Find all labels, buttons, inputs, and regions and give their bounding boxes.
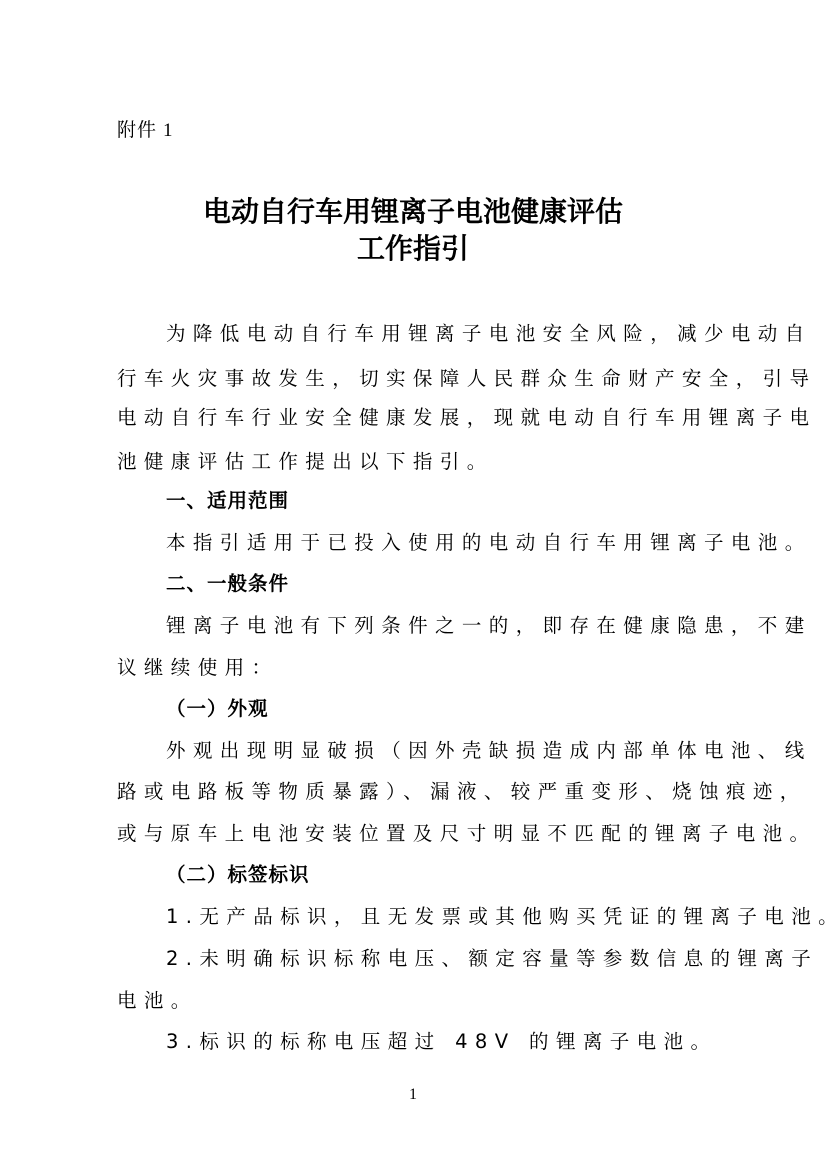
intro-paragraph-line: 为降低电动自行车用锂离子电池安全风险，减少电动自 xyxy=(166,322,758,346)
section-heading-general: 二、一般条件 xyxy=(166,572,758,596)
appearance-paragraph-line: 外观出现明显破损（因外壳缺损造成内部单体电池、线 xyxy=(166,739,758,763)
subsection-heading-labeling: （二）标签标识 xyxy=(166,863,758,887)
intro-paragraph-line: 池健康评估工作提出以下指引。 xyxy=(117,450,709,474)
intro-paragraph-line: 电动自行车行业安全健康发展，现就电动自行车用锂离子电 xyxy=(117,406,709,430)
section-heading-scope: 一、适用范围 xyxy=(166,489,758,513)
page-number: 1 xyxy=(0,1086,826,1104)
scope-text: 本指引适用于已投入使用的电动自行车用锂离子电池。 xyxy=(166,531,758,555)
general-paragraph-line: 议继续使用： xyxy=(117,656,709,680)
intro-paragraph-line: 行车火灾事故发生，切实保障人民群众生命财产安全，引导 xyxy=(117,367,709,391)
attachment-number: 1 xyxy=(163,120,174,141)
appearance-paragraph-line: 路或电路板等物质暴露）、漏液、较严重变形、烧蚀痕迹， xyxy=(117,780,709,804)
document-page: 附件1 电动自行车用锂离子电池健康评估 工作指引 为降低电动自行车用锂离子电池安… xyxy=(0,0,826,1169)
attachment-label-text: 附件 xyxy=(117,119,157,141)
document-title-line-1: 电动自行车用锂离子电池健康评估 xyxy=(0,190,826,230)
subsection-heading-appearance: （一）外观 xyxy=(166,697,758,721)
labeling-item-1: 1.无产品标识，且无发票或其他购买凭证的锂离子电池。 xyxy=(166,905,758,929)
labeling-item-2-continued: 电池。 xyxy=(117,989,709,1013)
document-title-line-2: 工作指引 xyxy=(0,227,826,267)
attachment-label: 附件1 xyxy=(117,115,174,142)
appearance-paragraph-line: 或与原车上电池安装位置及尺寸明显不匹配的锂离子电池。 xyxy=(117,822,709,846)
labeling-item-3: 3.标识的标称电压超过 48V 的锂离子电池。 xyxy=(166,1030,758,1054)
labeling-item-2: 2.未明确标识标称电压、额定容量等参数信息的锂离子 xyxy=(166,947,758,971)
general-paragraph-line: 锂离子电池有下列条件之一的，即存在健康隐患，不建 xyxy=(166,614,758,638)
